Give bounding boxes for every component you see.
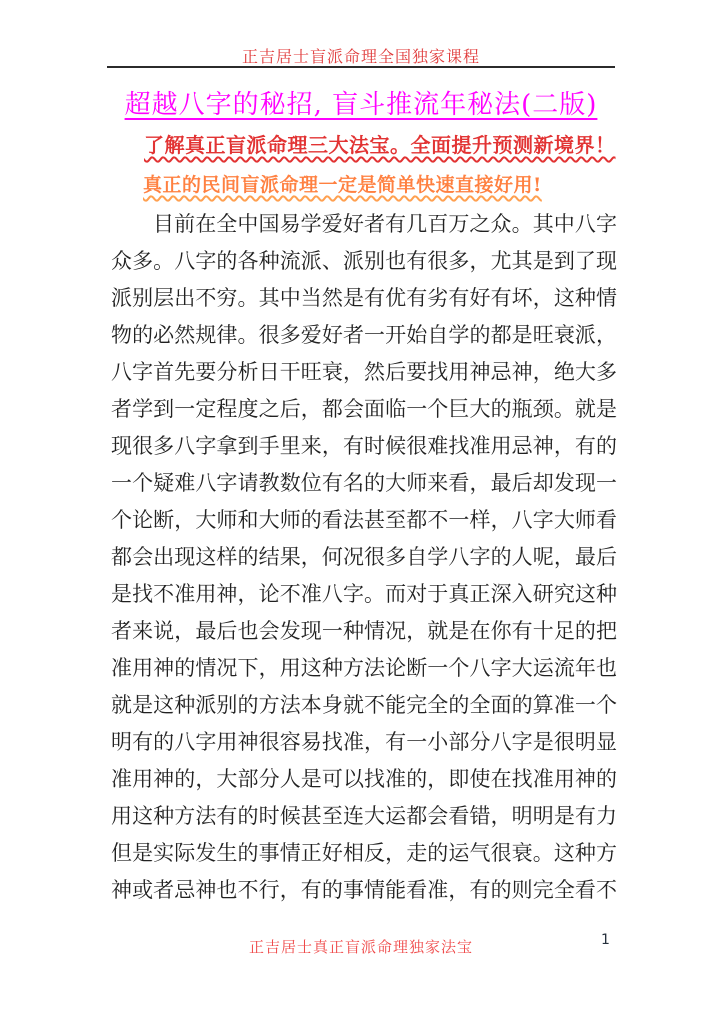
subtitle-red-highlight: 了解真正盲派命理三大法宝。全面提升预测新境界！ — [144, 129, 616, 158]
body-line: 派别层出不穷。其中当然是有优有劣有好有坏，这种情况也是事 — [111, 280, 617, 317]
page-header: 正吉居士盲派命理全国独家课程 — [107, 44, 615, 67]
body-line: 者来说，最后也会发现一种情况，就是在你有十足的把握可以找 — [111, 613, 617, 650]
body-line: 个论断，大师和大师的看法甚至都不一样，八字大师看一个八字 — [111, 502, 617, 539]
body-line: 神或者忌神也不行，有的事情能看准，有的则完全看不准，有时 — [111, 872, 617, 909]
body-line: 准用神的情况下，用这种方法论断一个八字大运流年也会看不准， — [111, 650, 617, 687]
body-line: 者学到一定程度之后，都会面临一个巨大的瓶颈。就是慢慢会发 — [111, 391, 617, 428]
body-line: 就是这种派别的方法本身就不能完全的全面的算准一个八字，明 — [111, 687, 617, 724]
body-line: 物的必然规律。很多爱好者一开始自学的都是旺衰派，就是一个 — [111, 317, 617, 354]
body-line: 是找不准用神，论不准八字。而对于真正深入研究这种派别的学 — [111, 576, 617, 613]
body-line: 现很多八字拿到手里来，有时候很难找准用忌神，有的人甚至把 — [111, 428, 617, 465]
body-line: 准用神的，大部分人是可以找准的，即使在找准用神的情况下， — [111, 761, 617, 798]
subtitle-orange-highlight: 真正的民间盲派命理一定是简单快速直接好用! — [143, 170, 542, 197]
body-line: 都会出现这样的结果，何况很多自学八字的人呢，最后的结果就 — [111, 539, 617, 576]
body-line: 用这种方法有的时候甚至连大运都会看错，明明是有力用神大运， — [111, 798, 617, 835]
body-line: 目前在全中国易学爱好者有几百万之众。其中八字爱好者人数 — [111, 206, 617, 243]
document-page: 正吉居士盲派命理全国独家课程 超越八字的秘招, 盲斗推流年秘法(二版) 了解真正… — [0, 0, 724, 1024]
body-line: 但是实际发生的事情正好相反，走的运气很衰。这种方法找准用 — [111, 835, 617, 872]
page-number: 1 — [601, 932, 610, 948]
page-footer: 正吉居士真正盲派命理独家法宝 — [107, 936, 615, 957]
body-line: 八字首先要分析日干旺衰，然后要找用神忌神，绝大多数的学习 — [111, 354, 617, 391]
header-divider — [107, 66, 615, 68]
body-line: 明有的八字用神很容易找准，有一小部分八字是很明显很容易找 — [111, 724, 617, 761]
body-line: 一个疑难八字请教数位有名的大师来看，最后却发现一个大师一 — [111, 465, 617, 502]
document-title: 超越八字的秘招, 盲斗推流年秘法(二版) — [107, 84, 615, 121]
body-line: 众多。八字的各种流派、派别也有很多，尤其是到了现代，各种 — [111, 243, 617, 280]
body-paragraph: 目前在全中国易学爱好者有几百万之众。其中八字爱好者人数 众多。八字的各种流派、派… — [111, 206, 617, 909]
